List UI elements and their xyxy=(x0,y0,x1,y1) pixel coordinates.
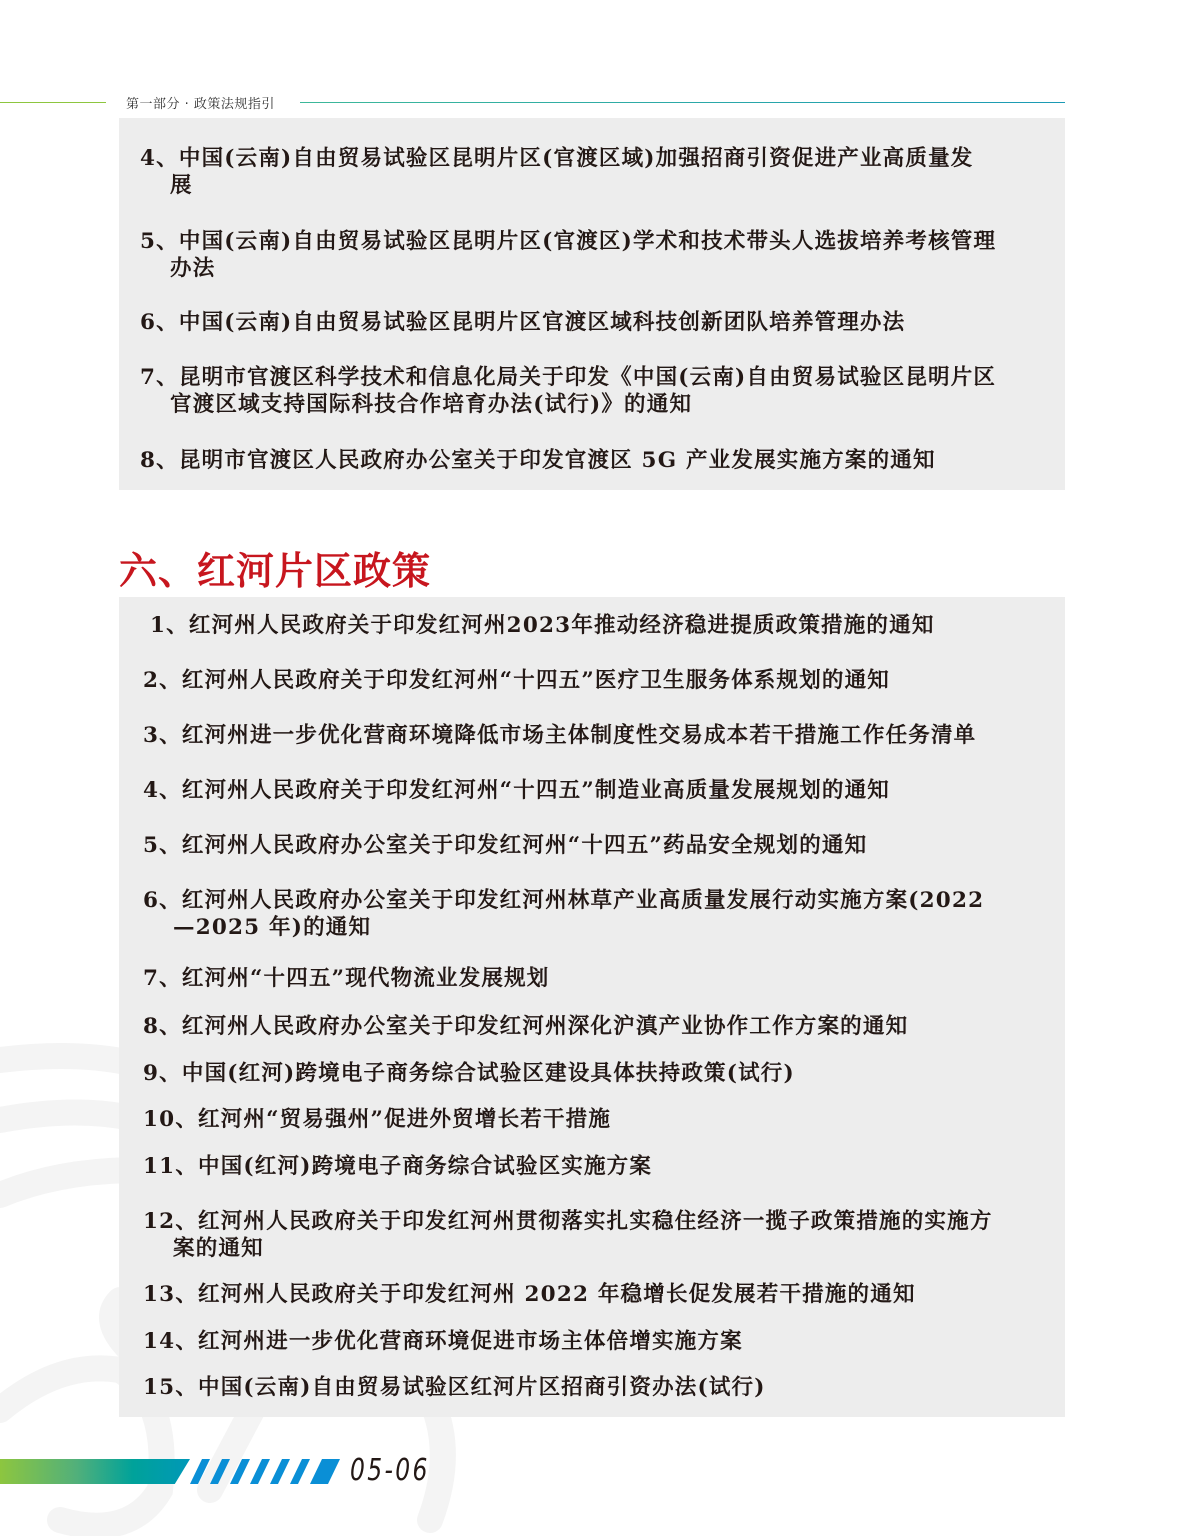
list-item: 11、中国(红河)跨境电子商务综合试验区实施方案 xyxy=(143,1153,652,1180)
item-text: 红河州人民政府关于印发红河州“十四五”制造业高质量发展规划的通知 xyxy=(182,778,890,803)
item-number: 15、 xyxy=(143,1375,198,1400)
item-text: 中国(云南)自由贸易试验区昆明片区(官渡区域)加强招商引资促进产业高质量发 xyxy=(179,146,974,171)
item-number: 4、 xyxy=(143,778,182,803)
list-item: 4、中国(云南)自由贸易试验区昆明片区(官渡区域)加强招商引资促进产业高质量发 … xyxy=(140,145,973,199)
item-number: 9、 xyxy=(143,1061,182,1086)
item-number: 4、 xyxy=(140,146,179,171)
item-text: 红河州人民政府关于印发红河州2023年推动经济稳进提质政策措施的通知 xyxy=(189,613,935,638)
item-number: 13、 xyxy=(143,1282,198,1307)
list-item: 5、中国(云南)自由贸易试验区昆明片区(官渡区)学术和技术带头人选拔培养考核管理… xyxy=(140,228,996,282)
item-number: 11、 xyxy=(143,1154,198,1179)
item-text: 红河州人民政府关于印发红河州 2022 年稳增长促发展若干措施的通知 xyxy=(198,1282,916,1307)
item-number: 8、 xyxy=(143,1014,182,1039)
item-text-cont: 官渡区域支持国际科技合作培育办法(试行)》的通知 xyxy=(140,391,996,418)
item-number: 8、 xyxy=(140,448,179,473)
item-number: 14、 xyxy=(143,1329,198,1354)
footer-stripes-decoration xyxy=(190,1459,340,1484)
page-footer: 05-06 xyxy=(0,1459,460,1485)
section-title: 六、红河片区政策 xyxy=(119,540,431,595)
item-number: 6、 xyxy=(140,310,179,335)
list-item: 3、红河州进一步优化营商环境降低市场主体制度性交易成本若干措施工作任务清单 xyxy=(143,722,976,749)
item-text: 红河州“贸易强州”促进外贸增长若干措施 xyxy=(198,1107,611,1132)
list-item: 9、中国(红河)跨境电子商务综合试验区建设具体扶持政策(试行) xyxy=(143,1060,795,1087)
list-item: 1、红河州人民政府关于印发红河州2023年推动经济稳进提质政策措施的通知 xyxy=(150,612,935,639)
item-text: 红河州人民政府办公室关于印发红河州深化沪滇产业协作工作方案的通知 xyxy=(182,1014,908,1039)
header-rule-right xyxy=(300,102,1065,103)
list-item: 7、红河州“十四五”现代物流业发展规划 xyxy=(143,965,550,992)
item-text: 中国(红河)跨境电子商务综合试验区实施方案 xyxy=(198,1154,652,1179)
list-item: 5、红河州人民政府办公室关于印发红河州“十四五”药品安全规划的通知 xyxy=(143,832,867,859)
item-text: 红河州人民政府办公室关于印发红河州林草产业高质量发展行动实施方案(2022 xyxy=(182,888,984,913)
item-text-cont: —2025 年)的通知 xyxy=(143,914,984,941)
list-item: 2、红河州人民政府关于印发红河州“十四五”医疗卫生服务体系规划的通知 xyxy=(143,667,890,694)
list-item: 10、红河州“贸易强州”促进外贸增长若干措施 xyxy=(143,1106,611,1133)
item-text-cont: 办法 xyxy=(140,255,996,282)
item-text: 中国(云南)自由贸易试验区红河片区招商引资办法(试行) xyxy=(198,1375,766,1400)
item-text-cont: 展 xyxy=(140,172,973,199)
item-text: 中国(云南)自由贸易试验区昆明片区官渡区域科技创新团队培养管理办法 xyxy=(179,310,905,335)
footer-gradient-bar xyxy=(0,1459,190,1484)
item-number: 7、 xyxy=(143,966,182,991)
list-item: 6、红河州人民政府办公室关于印发红河州林草产业高质量发展行动实施方案(2022 … xyxy=(143,887,984,941)
item-number: 6、 xyxy=(143,888,182,913)
item-text: 昆明市官渡区人民政府办公室关于印发官渡区 5G 产业发展实施方案的通知 xyxy=(179,448,936,473)
item-number: 7、 xyxy=(140,365,179,390)
page-header: 第一部分 · 政策法规指引 xyxy=(0,92,1182,112)
policy-list-panel-kunming: 4、中国(云南)自由贸易试验区昆明片区(官渡区域)加强招商引资促进产业高质量发 … xyxy=(119,118,1065,490)
item-number: 3、 xyxy=(143,723,182,748)
item-text: 红河州“十四五”现代物流业发展规划 xyxy=(182,966,550,991)
item-number: 1、 xyxy=(150,613,189,638)
item-text: 红河州进一步优化营商环境促进市场主体倍增实施方案 xyxy=(198,1329,743,1354)
item-text: 红河州人民政府关于印发红河州“十四五”医疗卫生服务体系规划的通知 xyxy=(182,668,890,693)
item-text: 中国(云南)自由贸易试验区昆明片区(官渡区)学术和技术带头人选拔培养考核管理 xyxy=(179,229,996,254)
item-text-cont: 案的通知 xyxy=(143,1235,993,1262)
list-item: 13、红河州人民政府关于印发红河州 2022 年稳增长促发展若干措施的通知 xyxy=(143,1281,916,1308)
item-text: 昆明市官渡区科学技术和信息化局关于印发《中国(云南)自由贸易试验区昆明片区 xyxy=(179,365,996,390)
item-text: 红河州人民政府关于印发红河州贯彻落实扎实稳住经济一揽子政策措施的实施方 xyxy=(198,1209,993,1234)
page-number: 05-06 xyxy=(350,1453,430,1488)
list-item: 6、中国(云南)自由贸易试验区昆明片区官渡区域科技创新团队培养管理办法 xyxy=(140,309,905,336)
list-item: 7、昆明市官渡区科学技术和信息化局关于印发《中国(云南)自由贸易试验区昆明片区 … xyxy=(140,364,996,418)
item-number: 5、 xyxy=(143,833,182,858)
list-item: 15、中国(云南)自由贸易试验区红河片区招商引资办法(试行) xyxy=(143,1374,766,1401)
list-item: 12、红河州人民政府关于印发红河州贯彻落实扎实稳住经济一揽子政策措施的实施方 案… xyxy=(143,1208,993,1262)
item-number: 2、 xyxy=(143,668,182,693)
list-item: 14、红河州进一步优化营商环境促进市场主体倍增实施方案 xyxy=(143,1328,743,1355)
header-rule-left xyxy=(0,102,106,103)
policy-list-panel-honghe: 1、红河州人民政府关于印发红河州2023年推动经济稳进提质政策措施的通知 2、红… xyxy=(119,597,1065,1417)
item-number: 12、 xyxy=(143,1209,198,1234)
item-text: 红河州进一步优化营商环境降低市场主体制度性交易成本若干措施工作任务清单 xyxy=(182,723,977,748)
list-item: 8、红河州人民政府办公室关于印发红河州深化沪滇产业协作工作方案的通知 xyxy=(143,1013,908,1040)
list-item: 8、昆明市官渡区人民政府办公室关于印发官渡区 5G 产业发展实施方案的通知 xyxy=(140,447,936,474)
item-text: 中国(红河)跨境电子商务综合试验区建设具体扶持政策(试行) xyxy=(182,1061,795,1086)
list-item: 4、红河州人民政府关于印发红河州“十四五”制造业高质量发展规划的通知 xyxy=(143,777,890,804)
item-text: 红河州人民政府办公室关于印发红河州“十四五”药品安全规划的通知 xyxy=(182,833,867,858)
header-title: 第一部分 · 政策法规指引 xyxy=(126,93,275,112)
item-number: 10、 xyxy=(143,1107,198,1132)
item-number: 5、 xyxy=(140,229,179,254)
